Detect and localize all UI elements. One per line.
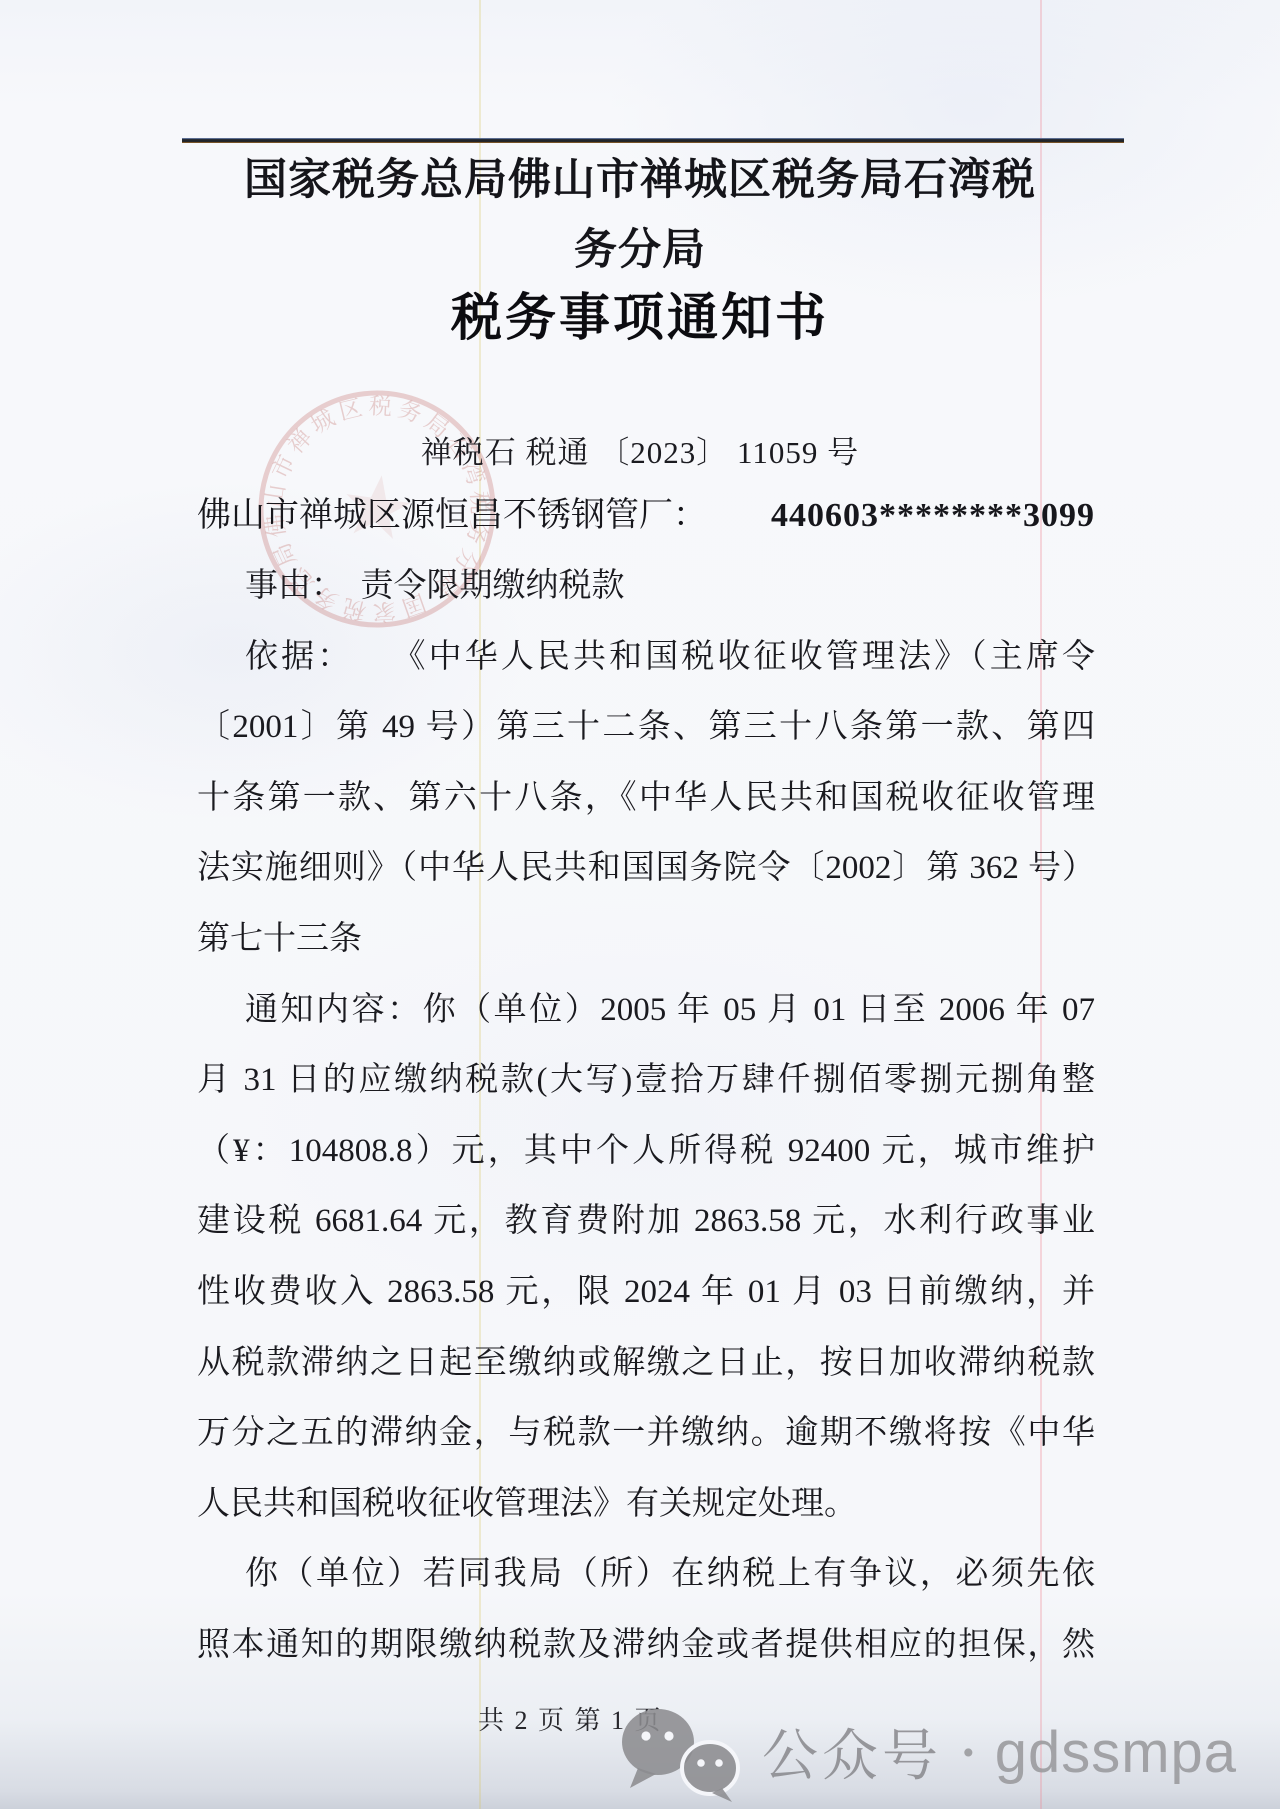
body-line: 十条第一款、第六十八条，《中华人民共和国税收征收管理 <box>197 763 1095 834</box>
body-line: 建设税 6681.64 元，教育费附加 2863.58 元，水利行政事业 <box>197 1186 1095 1257</box>
body-line: （¥：104808.8）元，其中个人所得税 92400 元，城市维护 <box>197 1116 1095 1187</box>
watermark-separator: · <box>960 1723 977 1781</box>
body-line: 从税款滞纳之日起至缴纳或解缴之日止，按日加收滞纳税款 <box>197 1328 1095 1399</box>
body-line: 性收费收入 2863.58 元，限 2024 年 01 月 03 日前缴纳，并 <box>197 1257 1095 1328</box>
watermark: 公众号 · gdssmpa <box>618 1702 1237 1802</box>
wechat-icon <box>618 1702 746 1802</box>
body-line: 你（单位）若同我局（所）在纳税上有争议，必须先依 <box>197 1539 1095 1610</box>
body-lines: 事由： 责令限期缴纳税款依据： 《中华人民共和国税收征收管理法》（主席令〔200… <box>197 551 1095 1681</box>
recipient-name: 佛山市禅城区源恒昌不锈钢管厂： <box>197 492 707 540</box>
body-line: 事由： 责令限期缴纳税款 <box>197 551 1095 622</box>
body-line: 通知内容：你（单位）2005 年 05 月 01 日至 2006 年 07 <box>197 975 1095 1046</box>
body-line: 依据： 《中华人民共和国税收征收管理法》（主席令 <box>197 622 1095 693</box>
body-line: 照本通知的期限缴纳税款及滞纳金或者提供相应的担保，然 <box>197 1610 1095 1681</box>
body-line: 第七十三条 <box>197 904 1095 975</box>
body-line: 法实施细则》（中华人民共和国国务院令〔2002〕第 362 号） <box>197 833 1095 904</box>
body-line: 月 31 日的应缴纳税款(大写)壹拾万肆仟捌佰零捌元捌角整 <box>197 1045 1095 1116</box>
body-line: 人民共和国税收征收管理法》有关规定处理。 <box>197 1469 1095 1540</box>
agency-title-line2: 务分局 <box>160 216 1120 286</box>
watermark-label: 公众号 <box>762 1712 942 1792</box>
agency-title-line1: 国家税务总局佛山市禅城区税务局石湾税 <box>160 146 1120 216</box>
body-line: 〔2001〕第 49 号）第三十二条、第三十八条第一款、第四 <box>197 692 1095 763</box>
document-title: 税务事项通知书 <box>160 287 1120 351</box>
document-number: 禅税石 税通 〔2023〕 11059 号 <box>160 427 1120 472</box>
body-line: 万分之五的滞纳金，与税款一并缴纳。逾期不缴将按《中华 <box>197 1398 1095 1469</box>
header-rule <box>182 138 1124 143</box>
recipient-tax-id: 440603********3099 <box>771 492 1095 540</box>
agency-title: 国家税务总局佛山市禅城区税务局石湾税 务分局 <box>160 146 1120 286</box>
watermark-account: gdssmpa <box>995 1719 1237 1786</box>
recipient-line: 佛山市禅城区源恒昌不锈钢管厂： 440603********3099 <box>197 492 1095 540</box>
